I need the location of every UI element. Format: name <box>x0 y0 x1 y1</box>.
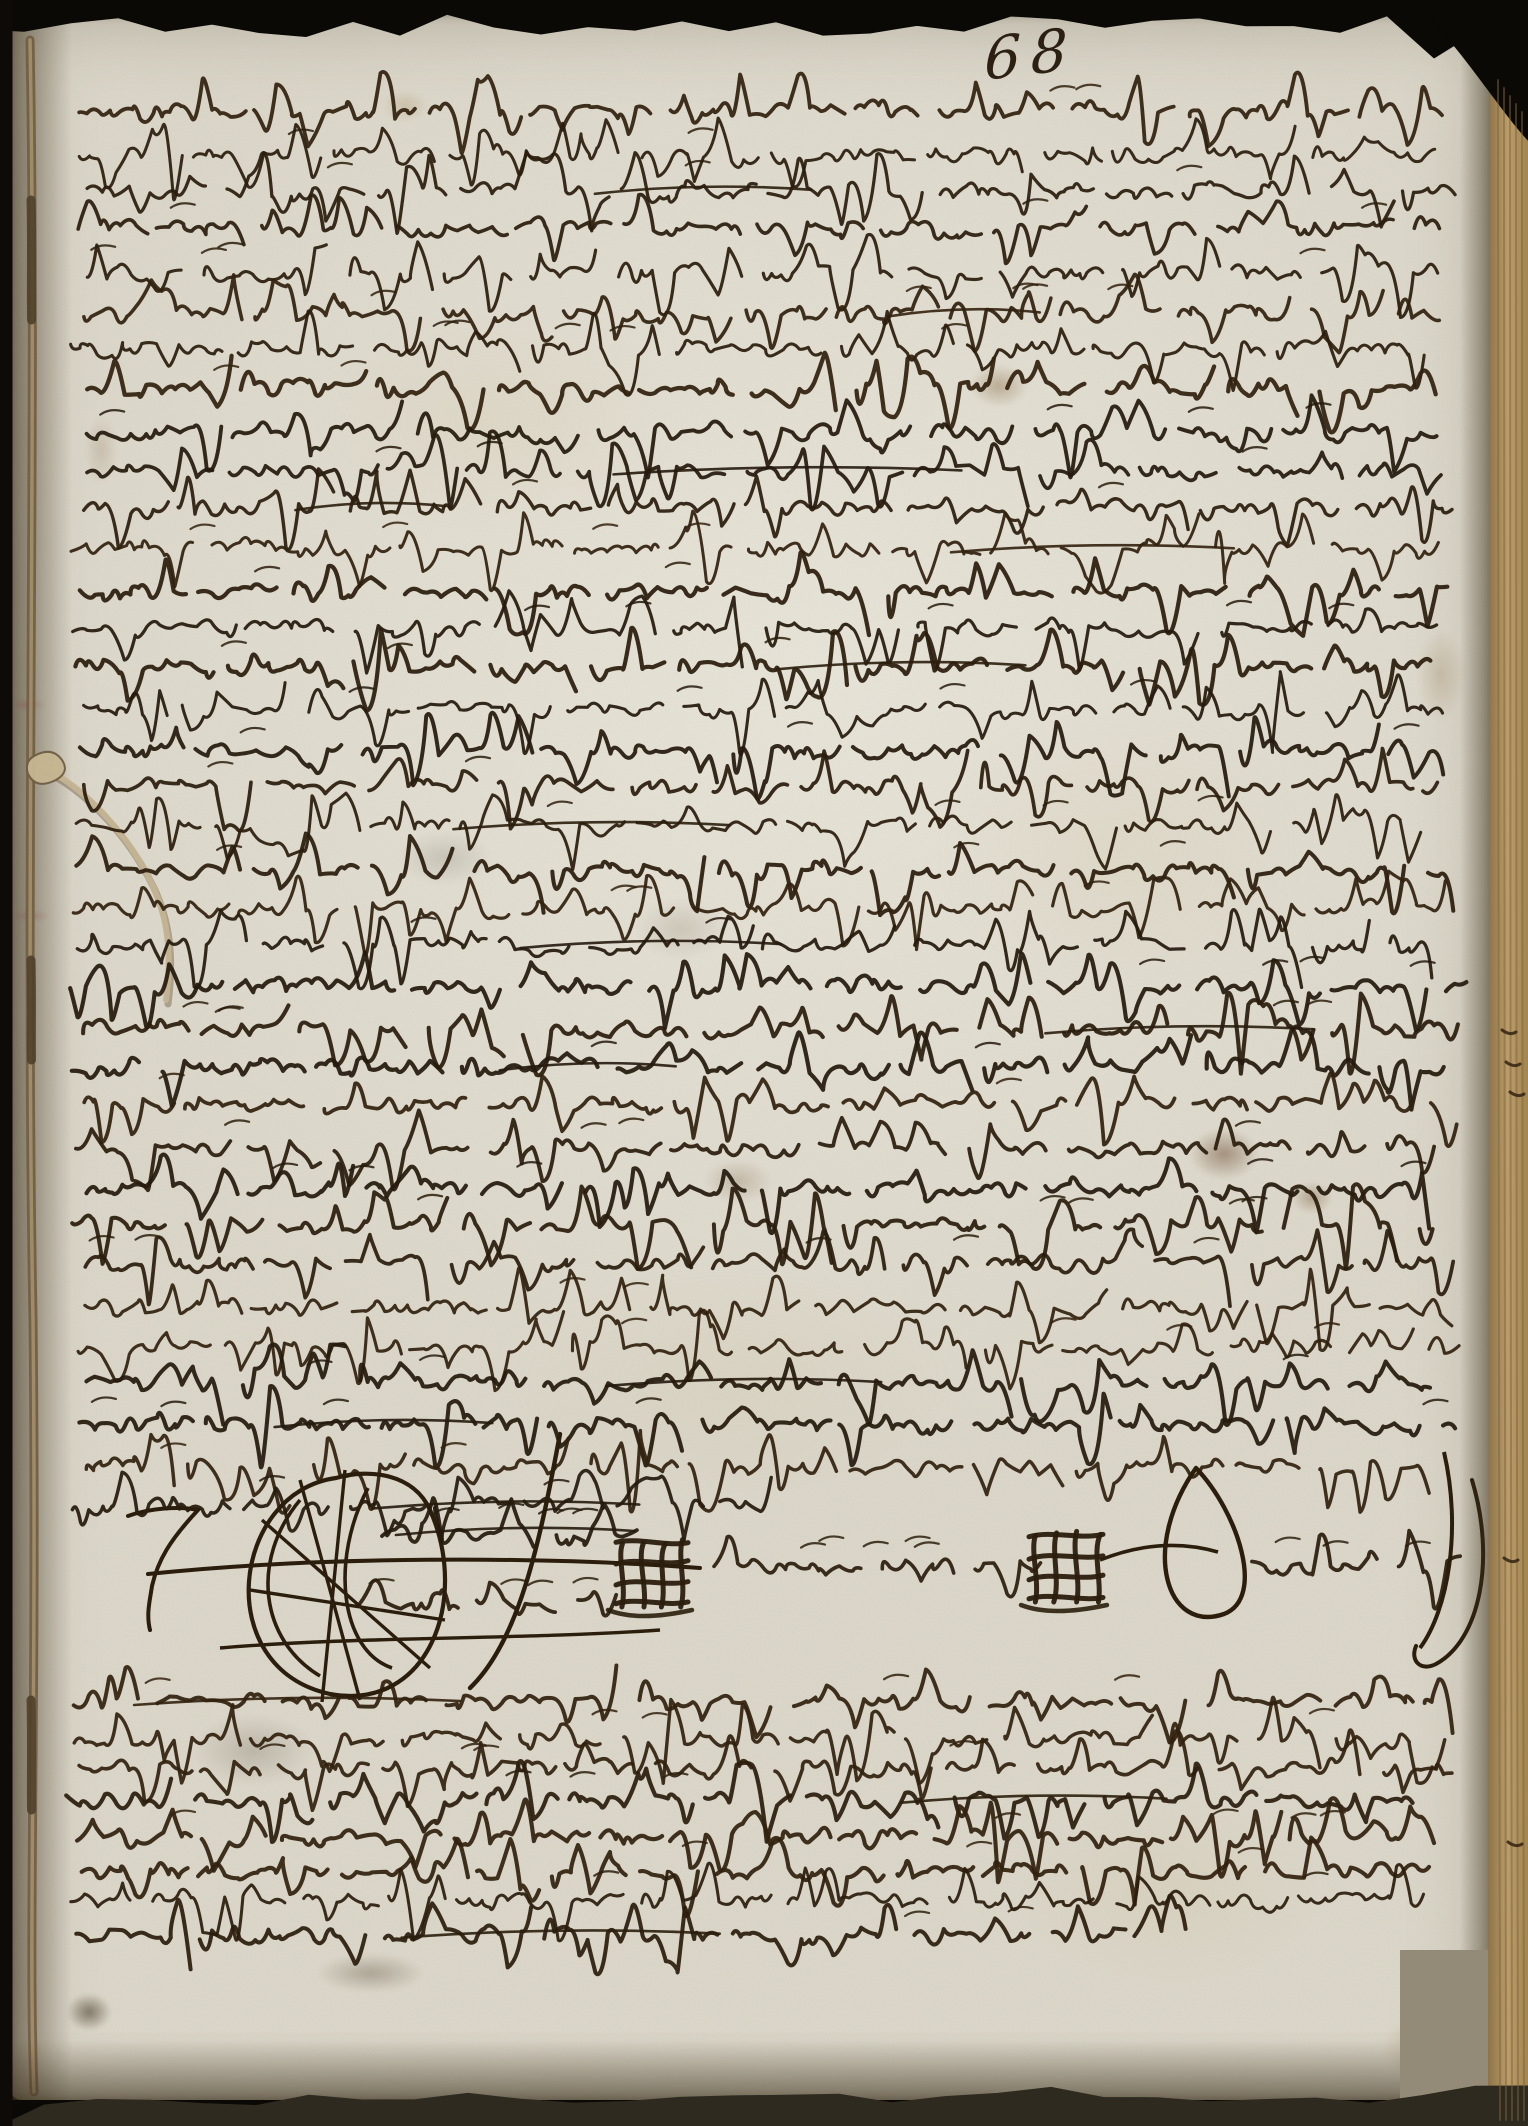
paper-grain <box>10 14 1494 2100</box>
ink-layer <box>0 0 1528 2126</box>
folio-number: 68 <box>984 14 1078 94</box>
photograph-background: 68 <box>0 0 1528 2126</box>
bottom-page-shadow <box>10 2040 1494 2100</box>
right-page-shadow <box>1460 40 1492 2100</box>
